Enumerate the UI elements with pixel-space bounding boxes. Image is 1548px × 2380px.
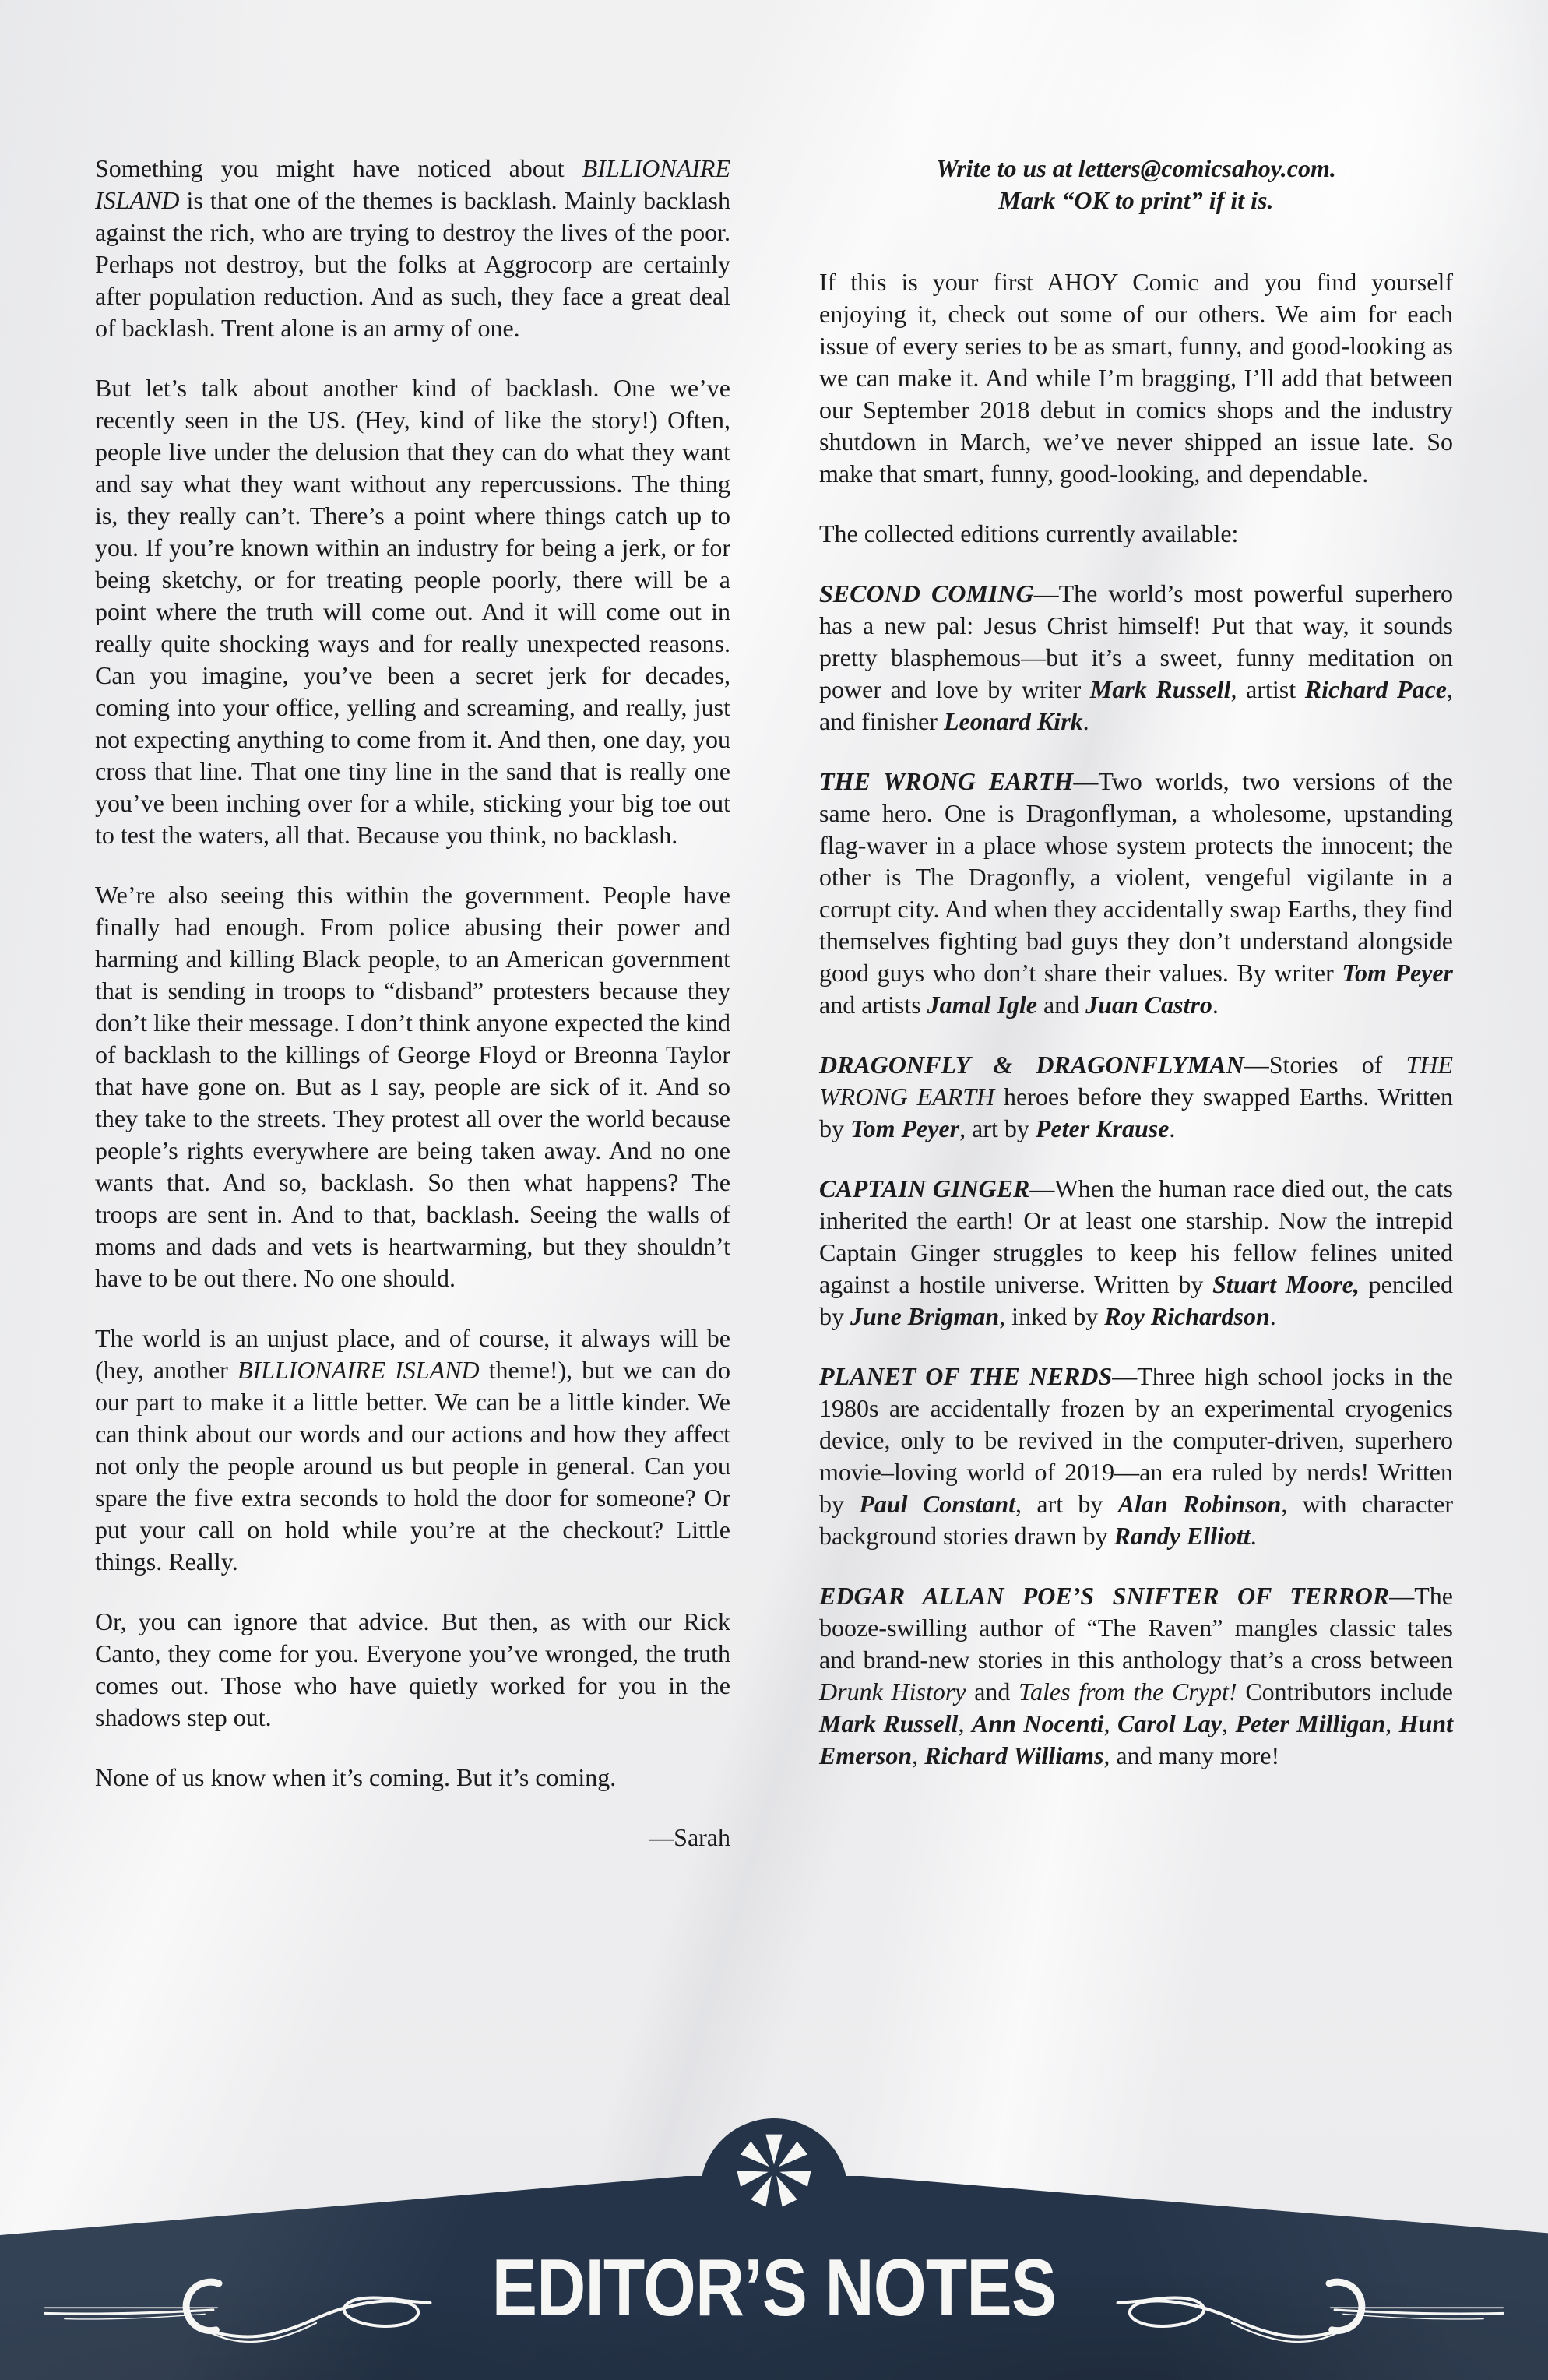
right-column: Write to us at letters@comicsahoy.com.Ma… [819,153,1453,1800]
para-captain-ginger: CAPTAIN GINGER—When the human race died … [819,1173,1453,1333]
editors-notes-banner: EDITOR’S NOTES [0,2115,1548,2380]
para-unjust-world: The world is an unjust place, and of cou… [95,1322,730,1578]
para-rick-canto: Or, you can ignore that advice. But then… [95,1606,730,1734]
ahoy-asterisk-logo [733,2129,815,2212]
editors-notes-page: Something you might have noticed about B… [0,0,1548,2380]
para-first-ahoy: If this is your first AHOY Comic and you… [819,266,1453,490]
ok-to-print-line: Mark “OK to print” if it is. [819,185,1453,217]
para-planet-nerds: PLANET OF THE NERDS—Three high school jo… [819,1361,1453,1552]
para-backlash-intro: Something you might have noticed about B… [95,153,730,344]
para-wrong-earth: THE WRONG EARTH—Two worlds, two versions… [819,766,1453,1021]
para-dragonfly: DRAGONFLY & DRAGONFLYMAN—Stories of THE … [819,1049,1453,1145]
signature: —Sarah [95,1822,730,1854]
para-government: We’re also seeing this within the govern… [95,879,730,1294]
flourish-ornament-right-icon [1115,2260,1504,2346]
para-collected-editions: The collected editions currently availab… [819,518,1453,550]
para-another-backlash: But let’s talk about another kind of bac… [95,372,730,851]
left-column: Something you might have noticed about B… [95,153,730,1854]
para-poe-snifter: EDGAR ALLAN POE’S SNIFTER OF TERROR—The … [819,1580,1453,1772]
letters-address-line: Write to us at letters@comicsahoy.com. [819,153,1453,185]
para-second-coming: SECOND COMING—The world’s most powerful … [819,578,1453,738]
para-its-coming: None of us know when it’s coming. But it… [95,1762,730,1794]
